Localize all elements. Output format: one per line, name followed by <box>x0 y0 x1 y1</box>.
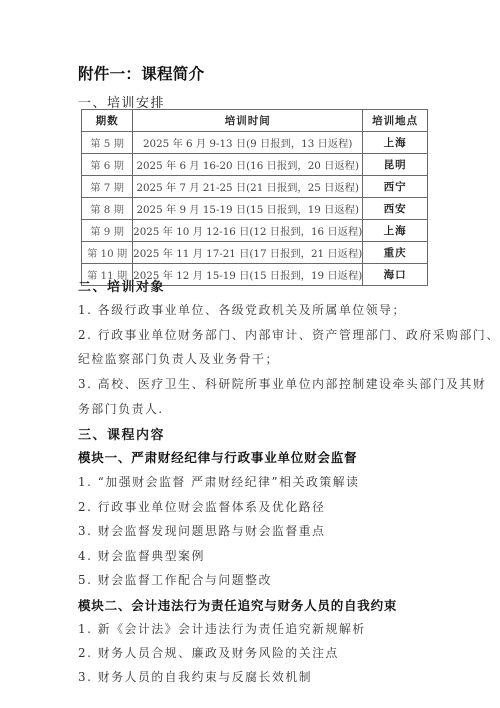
cell-time: 2025 年 10 月 12-16 日(12 日报到，16 日返程) <box>133 220 363 242</box>
table-row: 第 8 期 2025 年 9 月 15-19 日(15 日报到，19 日返程) … <box>82 198 428 220</box>
module-item: 1. 新《会计法》会计违法行为责任追究新规解析 <box>78 620 366 637</box>
cell-location: 重庆 <box>363 242 428 264</box>
audience-line: 纪检监察部门负责人及业务骨干； <box>78 350 279 367</box>
module-item: 2. 行政事业单位财会监督体系及优化路径 <box>78 498 326 515</box>
training-schedule-table: 期数 培训时间 培训地点 第 5 期 2025 年 6 月 9-13 日(9 日… <box>81 109 428 286</box>
column-header-location: 培训地点 <box>363 110 428 132</box>
module-item: 2. 财务人员合规、廉政及财务风险的关注点 <box>78 644 339 661</box>
module-item: 3. 财会监督发现问题思路与财会监督重点 <box>78 522 326 539</box>
module-item: 5. 财会监督工作配合与问题整改 <box>78 571 272 588</box>
table-header-row: 期数 培训时间 培训地点 <box>82 110 428 132</box>
module-item: 1. “加强财会监督 严肃财经纪律”相关政策解读 <box>78 473 360 490</box>
table-row: 第 7 期 2025 年 7 月 21-25 日(21 日报到，25 日返程) … <box>82 176 428 198</box>
module-item: 3. 财务人员的自我约束与反腐长效机制 <box>78 668 312 685</box>
cell-time: 2025 年 12 月 15-19 日(15 日报到，19 日返程) <box>133 264 363 286</box>
cell-time: 2025 年 11 月 17-21 日(17 日报到，21 日返程) <box>133 242 363 264</box>
cell-period: 第 8 期 <box>82 198 133 220</box>
column-header-period: 期数 <box>82 110 133 132</box>
cell-period: 第 7 期 <box>82 176 133 198</box>
cell-period: 第 10 期 <box>82 242 133 264</box>
cell-location: 西宁 <box>363 176 428 198</box>
cell-period: 第 9 期 <box>82 220 133 242</box>
cell-time: 2025 年 6 月 9-13 日(9 日报到，13 日返程) <box>133 132 363 154</box>
table-row: 第 5 期 2025 年 6 月 9-13 日(9 日报到，13 日返程) 上海 <box>82 132 428 154</box>
cell-time: 2025 年 9 月 15-19 日(15 日报到，19 日返程) <box>133 198 363 220</box>
audience-line: 2. 行政事业单位财务部门、内部审计、资产管理部门、政府采购部门、 <box>78 326 500 343</box>
cell-time: 2025 年 7 月 21-25 日(21 日报到，25 日返程) <box>133 176 363 198</box>
cell-period: 第 6 期 <box>82 154 133 176</box>
cell-time: 2025 年 6 月 16-20 日(16 日报到，20 日返程) <box>133 154 363 176</box>
audience-line: 务部门负责人. <box>78 400 164 417</box>
module-heading: 模块二、会计违法行为责任追究与财务人员的自我约束 <box>78 596 397 614</box>
module-item: 4. 财会监督典型案例 <box>78 547 205 564</box>
document-title: 附件一：课程简介 <box>78 62 204 84</box>
audience-line: 3. 高校、医疗卫生、科研院所事业单位内部控制建设牵头部门及其财 <box>78 375 486 392</box>
section-heading-course-content: 三、课程内容 <box>78 424 165 443</box>
cell-location: 海口 <box>363 264 428 286</box>
module-heading: 模块一、严肃财经纪律与行政事业单位财会监督 <box>78 448 357 466</box>
cell-location: 上海 <box>363 132 428 154</box>
audience-line: 1. 各级行政事业单位、各级党政机关及所属单位领导； <box>78 301 406 318</box>
cell-location: 昆明 <box>363 154 428 176</box>
cell-location: 上海 <box>363 220 428 242</box>
column-header-time: 培训时间 <box>133 110 363 132</box>
table-row: 第 10 期 2025 年 11 月 17-21 日(17 日报到，21 日返程… <box>82 242 428 264</box>
cell-location: 西安 <box>363 198 428 220</box>
cell-period: 第 5 期 <box>82 132 133 154</box>
section-heading-training-audience: 二、培训对象 <box>78 276 165 295</box>
table-row: 第 9 期 2025 年 10 月 12-16 日(12 日报到，16 日返程)… <box>82 220 428 242</box>
document-page: 附件一：课程简介 一、培训安排 期数 培训时间 培训地点 第 5 期 2025 … <box>0 0 500 708</box>
table-row: 第 6 期 2025 年 6 月 16-20 日(16 日报到，20 日返程) … <box>82 154 428 176</box>
